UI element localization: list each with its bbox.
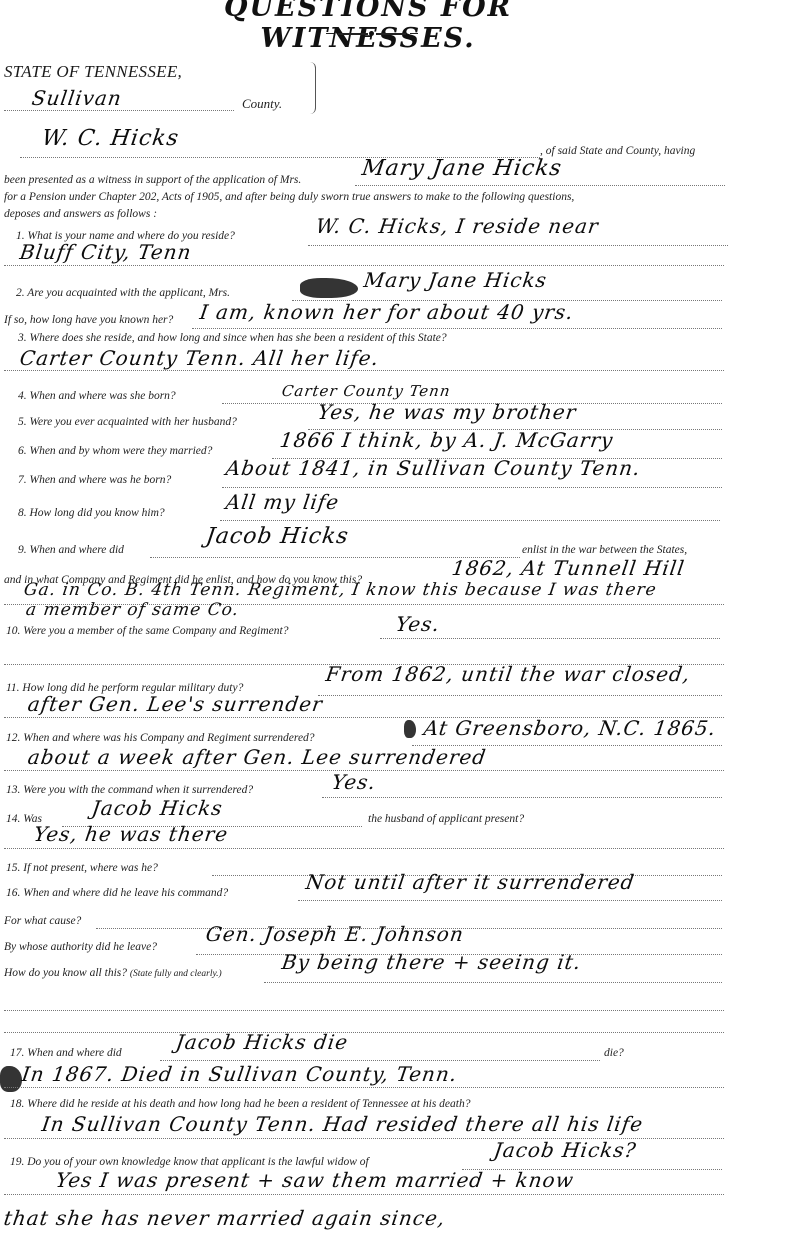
q4-label: 4. When and where was she born? bbox=[18, 390, 176, 402]
q7-answer: About 1841, in Sullivan County Tenn. bbox=[224, 456, 642, 480]
q9-label: 9. When and where did bbox=[18, 544, 124, 556]
q1-answer-1: W. C. Hicks, I reside near bbox=[314, 214, 600, 238]
q17-label: 17. When and where did bbox=[10, 1047, 122, 1059]
q6-answer: 1866 I think, by A. J. McGarry bbox=[278, 428, 615, 452]
q3-label: 3. Where does she reside, and how long a… bbox=[18, 332, 447, 344]
q17-answer: In 1867. Died in Sullivan County, Tenn. bbox=[20, 1062, 459, 1086]
intro-line3: for a Pension under Chapter 202, Acts of… bbox=[4, 191, 574, 203]
q16-answer: Not until after it surrendered bbox=[304, 870, 636, 894]
q1-answer-2: Bluff City, Tenn bbox=[18, 240, 193, 264]
q8-line bbox=[220, 520, 720, 521]
q9-answer-2: Ga. in Co. B. 4th Tenn. Regiment, I know… bbox=[23, 580, 659, 600]
q5-label: 5. Were you ever acquainted with her hus… bbox=[18, 416, 237, 428]
q16-line bbox=[298, 900, 722, 901]
q8-label: 8. How long did you know him? bbox=[18, 507, 165, 519]
q10-answer: Yes. bbox=[394, 612, 441, 636]
applicant-name: Mary Jane Hicks bbox=[360, 156, 563, 181]
q11-answer-2: after Gen. Lee's surrender bbox=[26, 692, 324, 716]
q7-label: 7. When and where was he born? bbox=[18, 474, 171, 486]
q5-answer: Yes, he was my brother bbox=[316, 400, 578, 424]
q16-know-line2 bbox=[4, 1010, 724, 1011]
q13-line bbox=[322, 797, 722, 798]
q14-label-suffix: the husband of applicant present? bbox=[368, 813, 524, 825]
q19-line2 bbox=[4, 1194, 724, 1195]
q9-answer-3: a member of same Co. bbox=[25, 600, 241, 620]
q14-line2 bbox=[4, 848, 724, 849]
q13-label: 13. Were you with the command when it su… bbox=[6, 784, 253, 796]
q14-answer: Yes, he was there bbox=[32, 822, 230, 846]
q16-label: 16. When and where did he leave his comm… bbox=[6, 887, 228, 899]
q19-label: 19. Do you of your own knowledge know th… bbox=[10, 1156, 369, 1168]
q16-know-label: How do you know all this? (State fully a… bbox=[4, 967, 222, 979]
q2-followup-label: If so, how long have you known her? bbox=[4, 314, 173, 326]
q17-name-line bbox=[160, 1060, 600, 1061]
q13-answer: Yes. bbox=[330, 770, 377, 794]
q2-followup-line bbox=[192, 328, 722, 329]
q16-authority-answer: Gen. Joseph E. Johnson bbox=[204, 922, 465, 946]
title-ornament bbox=[326, 32, 418, 36]
witness-name: W. C. Hicks bbox=[40, 126, 180, 151]
q18-answer: In Sullivan County Tenn. Had resided the… bbox=[40, 1112, 645, 1136]
state-heading: STATE OF TENNESSEE, bbox=[4, 62, 182, 82]
page-title: QUESTIONS FOR WITNESSES. bbox=[148, 0, 588, 54]
q9-answer-1: 1862, At Tunnell Hill bbox=[450, 556, 686, 580]
q9-name: Jacob Hicks bbox=[204, 524, 350, 549]
q1-line bbox=[308, 245, 728, 246]
q4-answer: Carter County Tenn bbox=[281, 382, 452, 400]
q2-followup-answer: I am, known her for about 40 yrs. bbox=[198, 300, 575, 324]
q9-label-suffix: enlist in the war between the States, bbox=[522, 544, 687, 556]
q6-label: 6. When and by whom were they married? bbox=[18, 445, 212, 457]
q1-line2 bbox=[4, 265, 724, 266]
bracket bbox=[309, 62, 316, 114]
q11-answer-1: From 1862, until the war closed, bbox=[324, 662, 692, 686]
q8-answer: All my life bbox=[224, 490, 341, 514]
county-label: County. bbox=[242, 96, 282, 112]
q12-label: 12. When and where was his Company and R… bbox=[6, 732, 315, 744]
q12-answer-1: At Greensboro, N.C. 1865. bbox=[422, 716, 718, 740]
q3-answer: Carter County Tenn. All her life. bbox=[18, 346, 380, 370]
q16-know-answer: By being there + seeing it. bbox=[280, 950, 583, 974]
q12-answer-2: about a week after Gen. Lee surrendered bbox=[26, 745, 488, 769]
q19-answer-1: Yes I was present + saw them married + k… bbox=[54, 1168, 575, 1192]
q11-line bbox=[318, 695, 722, 696]
q15-label: 15. If not present, where was he? bbox=[6, 862, 158, 874]
q2-answer: Mary Jane Hicks bbox=[362, 268, 548, 292]
q7-line bbox=[222, 487, 722, 488]
q17-label-suffix: die? bbox=[604, 1047, 624, 1059]
ink-blot bbox=[404, 720, 416, 738]
ink-smudge bbox=[0, 1066, 22, 1092]
intro-line2: been presented as a witness in support o… bbox=[4, 174, 301, 186]
q16-cause-label: For what cause? bbox=[4, 915, 81, 927]
q19-name: Jacob Hicks? bbox=[492, 1138, 638, 1162]
q16-authority-label: By whose authority did he leave? bbox=[4, 941, 157, 953]
q2-label: 2. Are you acquainted with the applicant… bbox=[16, 287, 230, 299]
q17-name: Jacob Hicks die bbox=[174, 1030, 350, 1054]
q10-label: 10. Were you a member of the same Compan… bbox=[6, 625, 288, 637]
q16-know-line bbox=[264, 982, 722, 983]
q16-know-line3 bbox=[4, 1032, 724, 1033]
county-value: Sullivan bbox=[30, 86, 123, 110]
q14-name: Jacob Hicks bbox=[90, 796, 224, 820]
q18-label: 18. Where did he reside at his death and… bbox=[10, 1098, 470, 1110]
q10-line bbox=[380, 638, 720, 639]
q19-answer-2: that she has never married again since, bbox=[2, 1206, 447, 1230]
q17-line2 bbox=[4, 1087, 724, 1088]
intro-line4: deposes and answers as follows : bbox=[4, 208, 157, 220]
ink-strikeout bbox=[300, 278, 358, 298]
q3-line bbox=[4, 370, 724, 371]
applicant-line bbox=[355, 185, 725, 186]
county-line bbox=[4, 110, 234, 111]
